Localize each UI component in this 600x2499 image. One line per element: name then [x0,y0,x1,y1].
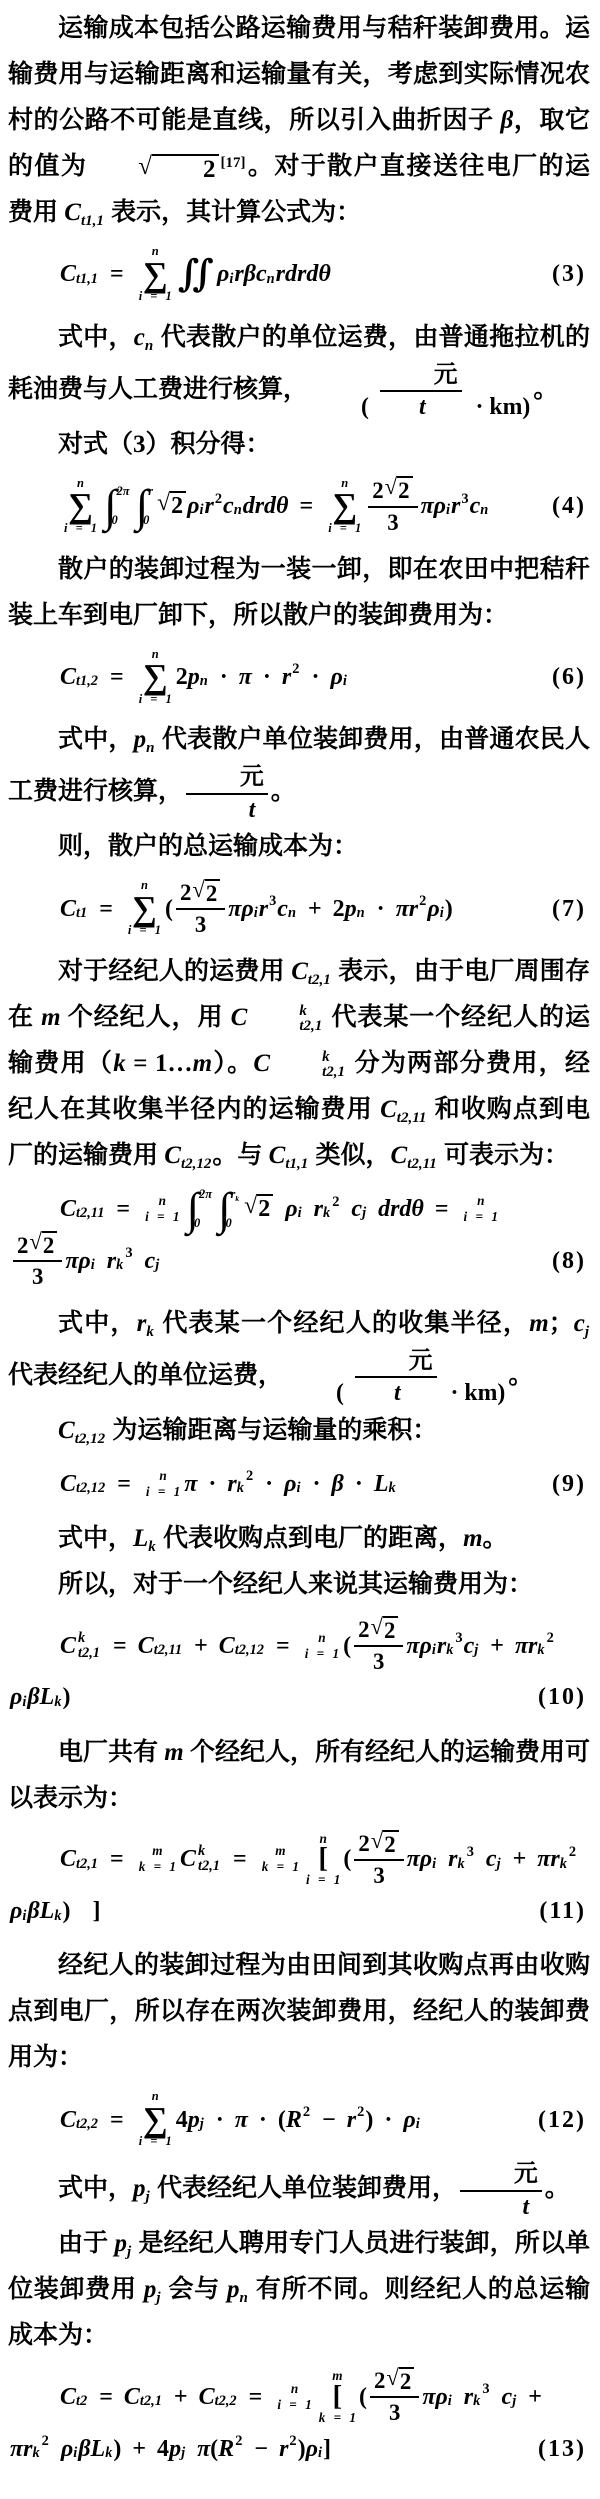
math-variable: p [188,655,200,699]
superscript: 3 [125,1240,132,1267]
math-variable: R [218,2427,234,2471]
equation-body: n∑i = 1∫2π0∫r0√2ρir2cndrdθ = n∑i = 12√23… [8,476,489,537]
math-text: 所以，对于一个经纪人来说其运输费用为： [58,1571,533,1598]
subscript: j [181,2440,185,2467]
subscript: j [200,2111,204,2138]
math-variable: m [463,1525,482,1552]
superscript: k [249,1004,307,1020]
math-variable: C [391,1142,408,1169]
subscript: j [362,1200,366,1227]
math-text: 式中， [58,1310,137,1337]
superscript: 3 [455,1625,462,1652]
summation-sign: n∑i = 1 [64,476,97,537]
subscript: t2,12 [76,1475,105,1502]
math-text: 3 [195,911,206,938]
numerator: 2√2 [370,2367,419,2398]
subscript: t2,1 [78,1646,100,1661]
radical-sign: √ [386,2367,399,2390]
math-variable: C [60,887,76,931]
math-variable: C [269,1142,286,1169]
math-variable: C [60,2098,76,2142]
equation-body: Ct2,1 = mk = 1Ckt2,1 = mk = 1n[i = 1(2√2… [8,1830,577,1890]
math-text: 3 [373,1862,384,1889]
upper-limit: 2π [117,485,130,497]
subscript: t2,2 [215,2388,237,2415]
paragraph: 电厂共有 m 个经纪人，所有经纪人的运输费用可以表示为： [8,1730,590,1822]
superscript: 2 [419,888,426,915]
math-text: ）。 [212,1050,253,1077]
denominator: t [199,795,256,825]
math-variable: p [345,887,357,931]
math-variable: C [60,1462,76,1506]
math-text: 代表某一个经纪人的收集半径， [155,1310,529,1337]
subscript: t2,12 [181,1156,211,1172]
numerator: 2√2 [354,1830,403,1861]
lower-limit: k = 1 [139,1859,176,1875]
equation-line: Ct2,12 = ni = 1π · rk2 · ρi · β · Lk(9) [8,1462,590,1506]
math-variable: β [500,107,513,134]
equation-number: (8) [552,1239,590,1283]
math-variable: C [60,252,76,296]
math-text: 0 [226,1216,232,1230]
numerator: 元 [355,1347,437,1379]
subscript: t2,1 [308,972,331,988]
math-text: 对式（3）积分得： [58,431,271,458]
superscript: k [272,1050,330,1066]
math-variable: c [502,2375,513,2419]
upper-limit: m [152,1843,162,1859]
math-variable: p [188,2098,200,2142]
equation-number: (11) [539,1889,590,1933]
math-variable: R [286,2098,302,2142]
math-text: 3 [389,2399,400,2426]
math-variable: r [259,887,268,931]
subscript: t1,1 [285,1156,308,1172]
equation-number: (9) [552,1462,590,1506]
summation-sign: n∑i = 1 [139,244,172,305]
math-text: = [99,655,135,699]
math-text: ( [359,2375,367,2419]
math-text: 对于经纪人的运费用 [58,958,291,985]
subscript: i [446,497,450,524]
integral-limits: rk0 [231,1187,241,1230]
sigma-glyph: ∑ [132,894,157,924]
math-text [134,1239,145,1283]
equation-body: Ct1 = n∑i = 1(2√23πρir3cn + 2pn · πr2ρi) [8,878,453,939]
subscript: i [448,2388,452,2415]
math-text: 元 [464,2160,538,2189]
math-text: 。 [483,1525,508,1552]
paragraph: 由于 pj 是经纪人聘用专门人员进行装卸，所以单位装卸费用 pj 会与 pn 有… [8,2221,590,2359]
paragraph: 式中，pj 代表经纪人单位装卸费用，元t。 [8,2160,590,2221]
math-variable: ρ [217,252,229,296]
display-equation: Ct2,11 = ni = 1∫2π0∫rk0√2 ρi rk2 cj drdθ… [8,1187,590,1291]
math-variable: r [448,1837,457,1881]
math-variable: βL [27,1889,54,1933]
math-variable: c [351,1187,362,1231]
display-equation: Ct2,12 = ni = 1π · rk2 · ρi · β · Lk(9) [8,1462,590,1506]
math-text: − [243,2427,279,2471]
math-text: 2 [358,1616,369,1643]
math-variable: π [235,2098,248,2142]
subscript: i [432,1851,436,1878]
math-variable: k [113,1050,126,1077]
math-text: + [183,1624,219,1668]
numerator: 2√2 [368,476,417,507]
superscript: 3 [482,2376,489,2403]
subscript: k [54,1689,61,1716]
math-variable: r [314,1187,323,1231]
sup-sub-stack: kt2,1 [249,1004,322,1036]
math-text: ( [311,393,369,422]
paragraph: 则，散户的总运输成本为： [8,824,590,870]
math-variable: ρ [187,484,199,528]
subscript: t1,2 [76,668,98,695]
math-variable: πρ [406,1624,431,1668]
superscript: 2 [332,1189,339,1216]
math-variable: π [197,2427,210,2471]
math-text: ( [343,1837,351,1881]
summation-sign: n∑i = 1 [139,2089,172,2150]
math-variable: ρ [403,2098,415,2142]
subscript: i [73,2440,77,2467]
subscript: i [229,266,233,293]
superscript: 2 [289,2428,296,2455]
math-text: = [105,1187,141,1231]
subscript: j [512,2388,516,2415]
math-text: + [502,1837,538,1881]
math-text: = [238,2375,274,2419]
fraction: 2√23 [370,2367,419,2427]
lower-limit: 0 [226,1217,241,1229]
math-variable: πρ [228,887,253,931]
subscript: i [91,1252,95,1279]
math-text: ( [165,887,173,931]
lower-limit: i = 1 [328,521,361,537]
subscript: j [146,2189,150,2205]
subscript: n [234,497,242,524]
equation-body: Ct2,2 = n∑i = 14pj · π · (R2 − r2) · ρi [8,2089,421,2150]
paragraph: 式中，cn 代表散户的单位运费，由普通拖拉机的耗油费与人工费进行核算，元(t ·… [8,315,590,422]
math-text: = [88,2375,124,2419]
denominator: (t · km) [311,392,530,422]
math-variable: p [227,2276,240,2303]
fraction: 元t [186,763,268,824]
math-text: + 2 [297,887,345,931]
upper-limit: rk [231,1188,241,1200]
math-text: 0 [143,513,149,527]
superscript: 2 [42,2428,49,2455]
math-variable: πr [537,1837,559,1881]
equation-line: Ct1 = n∑i = 1(2√23πρir3cn + 2pn · πr2ρi)… [8,878,590,939]
math-text: + [517,2375,542,2419]
math-text: ) [63,1675,71,1719]
math-text: ) [445,887,453,931]
paragraph: 式中，pn 代表散户单位装卸费用，由普通农民人工费进行核算，元t。 [8,717,590,824]
math-text [491,2375,502,2419]
math-text: 3 [32,1263,43,1290]
equation-line: Ckt2,1 = Ct2,11 + Ct2,12 = ni = 1(2√23πρ… [8,1616,590,1676]
math-variable: rdrdθ [276,252,331,296]
subscript: t2,1 [140,2388,162,2415]
math-variable: C [124,2375,140,2419]
math-variable: L [374,1462,389,1506]
radicand: 2 [42,1231,57,1259]
subscript: n [288,900,296,927]
math-variable: C [164,1142,181,1169]
superscript: 3 [467,1839,474,1866]
superscript: k [78,1631,85,1646]
numerator: 2√2 [176,879,225,910]
radicand: 2 [383,1830,398,1858]
square-root: √2 [385,476,413,504]
subscript: k [148,1539,156,1555]
math-variable: πr [10,2427,32,2471]
radicand: 2 [152,154,219,185]
math-text: = [99,1837,135,1881]
superscript: 2 [215,486,222,513]
math-text: 2 [180,879,191,906]
sum-limits: ni = 1 [305,1630,339,1662]
math-text: ( [286,1379,344,1408]
equation-number: (4) [552,484,590,528]
subscript: t2,12 [235,1637,264,1664]
math-variable: p [133,2175,146,2202]
math-variable: C [138,1624,154,1668]
document-page: 运输成本包括公路运输费用与秸秆装卸费用。运输费用与运输距离和运输量有关，考虑到实… [8,6,590,2471]
math-variable: r [205,484,214,528]
display-equation: Ckt2,1 = Ct2,11 + Ct2,12 = ni = 1(2√23πρ… [8,1616,590,1720]
subscript: t2,1 [272,1065,345,1081]
math-variable: r [107,1239,116,1283]
math-variable: r [437,1624,446,1668]
math-text: 。 [533,376,558,403]
math-text: = [99,2098,135,2142]
integral-limits: 2π0 [117,484,130,527]
math-text: 4 [176,2098,188,2142]
math-text: · [252,655,282,699]
radical-sign: √ [88,154,152,179]
radical-sign: √ [29,1231,42,1254]
equation-line: Ct2,11 = ni = 1∫2π0∫rk0√2 ρi rk2 cj drdθ… [8,1187,590,1231]
square-root: √2 [244,1194,273,1224]
math-text: 。 [271,778,296,805]
math-text: 0 [194,1216,200,1230]
math-text: 为运输距离与运输量的乘积： [106,1417,437,1444]
sigma-glyph: ∑ [332,491,357,521]
sup-sub-stack: kt2,1 [78,1631,100,1661]
summation-sign: n∑i = 1 [139,647,172,708]
equation-body: 2√23πρi rk3 cj [8,1231,160,1291]
math-variable: ρ [306,2427,318,2471]
fraction: 2√23 [354,1830,403,1890]
math-variable: C [180,1837,196,1881]
math-text [96,1239,107,1283]
radicand: 2 [205,879,220,907]
lower-limit: 0 [143,514,153,526]
subscript: k [389,1475,396,1502]
subscript: i [416,2111,420,2138]
subscript: i [298,1200,302,1227]
subscript: j [155,1252,159,1279]
math-variable: t [344,1379,401,1408]
numerator: 2√2 [13,1231,62,1262]
sum-limits: ni = 1 [277,2381,311,2413]
numerator: 元 [380,361,462,393]
math-text: · [302,1462,332,1506]
radical-sign: √ [385,476,398,499]
subscript: i [432,1637,436,1664]
subscript: i [440,900,444,927]
math-variable: ρ [61,2427,73,2471]
denominator: (t · km) [286,1378,505,1408]
subscript: i [254,900,258,927]
math-text: = [265,1624,301,1668]
math-text: 。 [508,1362,533,1389]
paragraph: 式中，Lk 代表收购点到电厂的距离，m。 [8,1516,590,1562]
bracket-with-limits: n[i = 1 [306,1831,340,1889]
math-text: ； [549,1310,574,1337]
superscript: 3 [269,888,276,915]
subscript: t2,11 [397,1110,427,1126]
bracket-glyph: [ [333,2384,343,2410]
integral-sign: ∫r0 [136,484,153,527]
math-text: 元 [190,763,264,792]
paragraph: 所以，对于一个经纪人来说其运输费用为： [8,1562,590,1608]
subscript: t2,12 [75,1431,105,1447]
subscript: j [474,1637,478,1664]
subscript: k [473,2388,480,2415]
bracket-with-limits: m[k = 1 [319,2368,356,2426]
math-text: = [102,1624,138,1668]
display-equation: Ct1 = n∑i = 1(2√23πρir3cn + 2pn · πr2ρi)… [8,878,590,939]
denominator: 3 [195,910,206,938]
subscript: k [54,1903,61,1930]
math-variable: C [60,655,76,699]
math-text: · [344,1462,374,1506]
paragraph: 对式（3）积分得： [8,422,590,468]
sigma-glyph: ∑ [68,491,93,521]
subscript: n [200,668,208,695]
math-text: 。与 [212,1142,268,1169]
subscript: i [200,497,204,524]
subscript: n [146,740,154,756]
math-variable: π [184,1462,197,1506]
equation-number: (13) [538,2427,590,2471]
equation-number: (6) [552,655,590,699]
subscript: t2,2 [76,2111,98,2138]
equation-body: Ct2,12 = ni = 1π · rk2 · ρi · β · Lk [8,1462,397,1506]
superscript: 3 [461,486,468,513]
subscript: i [318,2440,322,2467]
math-variable: m [529,1310,548,1337]
subscript: k [458,1851,465,1878]
math-variable: m [164,1739,183,1766]
math-variable: c [134,324,145,351]
math-variable: c [277,887,288,931]
document-content: 运输成本包括公路运输费用与秸秆装卸费用。运输费用与运输距离和运输量有关，考虑到实… [8,6,590,2471]
sigma-glyph: ∑ [143,662,168,692]
math-text [475,1837,486,1881]
math-variable: r [464,2375,473,2419]
equation-number: (10) [538,1675,590,1719]
math-variable: c [486,1837,497,1881]
superscript: [17] [221,155,246,171]
paragraph: 经纪人的装卸过程为由田间到其收购点再由收购点到电厂，所以存在两次装卸费用，经纪人… [8,1943,590,2081]
math-variable: C [58,1417,75,1444]
lower-limit: i = 1 [64,521,97,537]
upper-limit: n [159,1193,166,1209]
math-variable: r [137,1310,147,1337]
superscript: 2 [547,1625,554,1652]
lower-limit: i = 1 [146,1484,180,1500]
math-variable: ρ [427,887,439,931]
math-text: = [289,484,325,528]
sup-sub-stack: kt2,1 [198,1844,220,1874]
math-text: 则，散户的总运输成本为： [58,833,358,860]
math-text: 由于 [58,2230,115,2257]
equation-line: n∑i = 1∫2π0∫r0√2ρir2cndrdθ = n∑i = 12√23… [8,476,590,537]
lower-limit: i = 1 [464,1209,498,1225]
subscript: k [323,1200,330,1227]
integral-limits: r0 [148,484,153,527]
equation-line: Ct2 = Ct2,1 + Ct2,2 = ni = 1m[k = 1(2√23… [8,2367,590,2427]
equation-body: ρiβLk) ] [8,1889,101,1933]
math-text [437,1837,448,1881]
math-text [274,1187,285,1231]
math-text: 。 [545,2175,570,2202]
paragraph: 散户的装卸过程为一装一卸，即在农田中把秸秆装上车到电厂卸下，所以散户的装卸费用为… [8,547,590,639]
equation-line: Ct2,2 = n∑i = 14pj · π · (R2 − r2) · ρi(… [8,2089,590,2150]
subscript: k [105,2440,112,2467]
math-text: · [300,655,330,699]
math-variable: t [199,796,256,825]
subscript: t2,11 [76,1200,104,1227]
math-text: 式中， [58,2175,133,2202]
radical-sign: √ [192,879,205,902]
upper-limit: m [275,1843,285,1859]
paragraph: 运输成本包括公路运输费用与秸秆装卸费用。运输费用与运输距离和运输量有关，考虑到实… [8,6,590,236]
math-text: = [106,1462,142,1506]
math-variable: L [133,1525,148,1552]
math-variable: r [227,1462,236,1506]
numerator: 2√2 [354,1616,403,1647]
math-variable: p [115,2230,128,2257]
denominator: 3 [32,1262,43,1290]
superscript: 2 [235,2428,242,2455]
math-text: 2 [372,477,383,504]
subscript: i [22,1903,26,1930]
math-text: 会与 [161,2276,227,2303]
math-variable: ρ [285,1187,297,1231]
superscript: 2 [246,1463,253,1490]
math-variable: β [332,1462,344,1506]
subscript: k [537,1637,544,1664]
math-text: ) + 4 [113,2427,169,2471]
upper-limit: n [477,1193,484,1209]
fraction: 元(t · km) [311,361,530,422]
math-variable: m [193,1050,212,1077]
square-root: √2 [192,879,220,907]
math-variable: π [239,655,252,699]
math-variable: βL [27,1675,54,1719]
math-variable: ρ [284,1462,296,1506]
subscript: t1 [76,900,87,927]
subscript: n [145,338,153,354]
integral-sign: ∫2π0 [104,484,130,527]
subscript: j [127,2244,131,2260]
paragraph: 式中，rk 代表某一个经纪人的收集半径，m；cj 代表经纪人的单位运费，元(t … [8,1301,590,1408]
